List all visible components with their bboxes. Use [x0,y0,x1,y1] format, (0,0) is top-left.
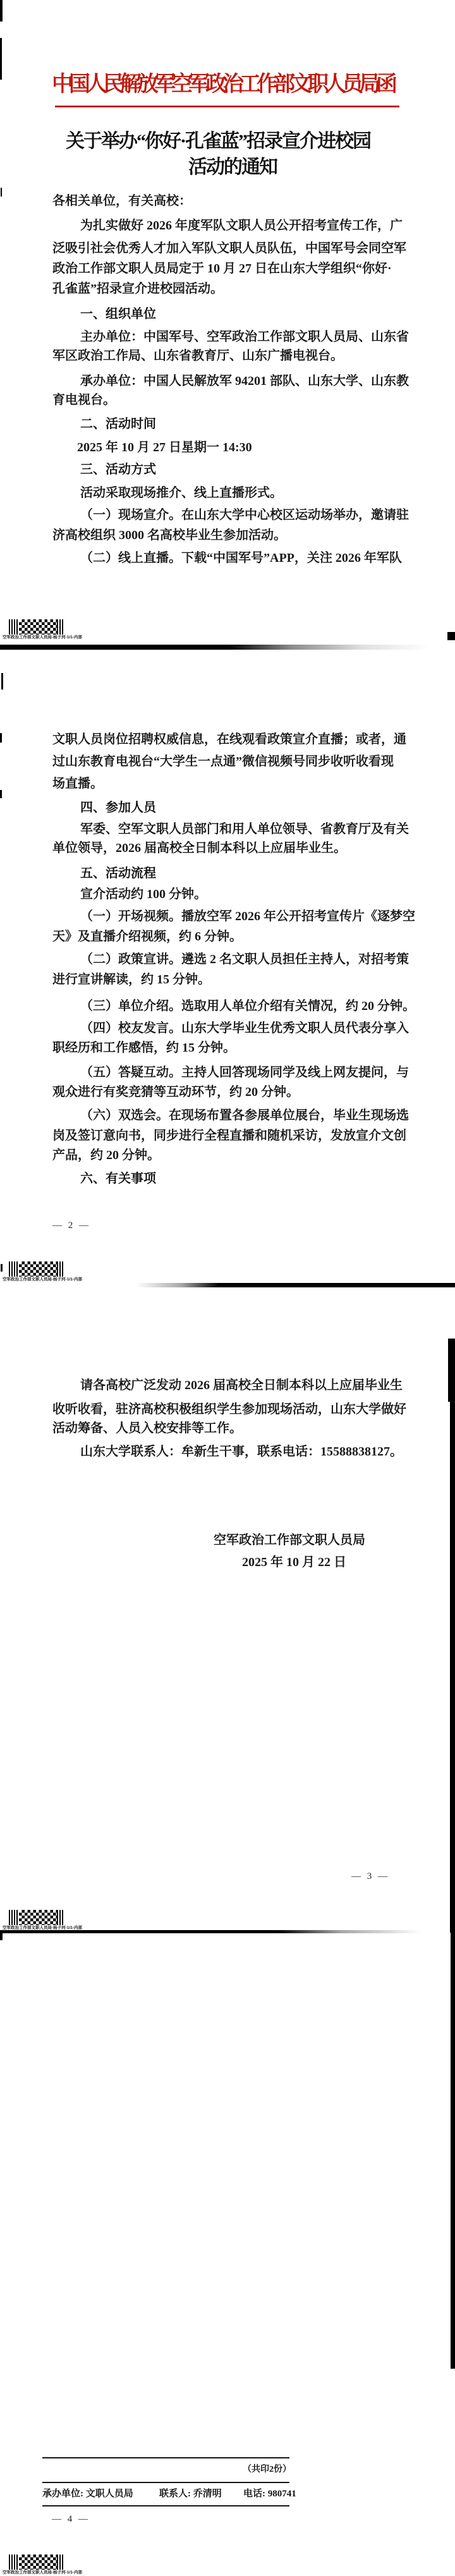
scan-artifact [1,1264,3,1272]
body-line: 观众进行有奖竞猜等互动环节，约 20 分钟。 [52,1086,299,1098]
body-line: （二）线上直播。下载“中国军号”APP，关注 2026 年军队 [80,552,402,564]
body-line: 承办单位：中国人民解放军 94201 部队、山东大学、山东教 [80,375,409,387]
body-line: 活动筹备、人员入校安排等工作。 [52,1422,242,1435]
body-line: （六）双选会。在现场布置各参展单位展台，毕业生现场选 [80,1109,409,1122]
barcode-bars-icon [57,2555,64,2570]
body-line: 过山东教育电视台“大学生一点通”微信视频号同步收听收看现 [52,755,394,768]
barcode-matrix-icon [19,1261,57,1277]
heading-schedule: 五、活动流程 [80,867,156,880]
heading-participants: 四、参加人员 [80,801,156,814]
body-line: （五）答疑互动。主持人回答现场同学及线上网友提问，与 [80,1066,409,1079]
body-line: （三）单位介绍。选取用人单位介绍有关情况，约 20 分钟。 [80,1000,415,1012]
body-line: 活动采取现场推介、线上直播形式。 [80,487,282,499]
footer-rule [42,2457,289,2458]
page-number-2: — 2 — [52,1221,90,1230]
page-separator [0,645,442,650]
scan-artifact [450,1397,455,1933]
page-separator [0,1930,449,1933]
scan-artifact [0,1933,3,1940]
barcode-caption: 空军政治工作部文职人员局-杨子河-1/1-内部 [3,1278,82,1282]
body-line: 泛吸引社会优秀人才加入军队文职人员队伍，中国军号会同空军 [52,242,406,255]
body-line: 请各高校广泛发动 2026 届高校全日制本科以上应届毕业生 [80,1379,403,1392]
footer-rule [42,2505,289,2506]
body-line: （一）现场宣介。在山东大学中心校区运动场举办，邀请驻 [80,509,409,521]
heading-time: 二、活动时间 [80,418,156,430]
page-number-4: — 4 — [52,2515,90,2524]
scan-artifact [0,0,3,21]
scan-artifact [0,733,2,743]
body-line: 为扎实做好 2026 年度军队文职人员公开招考宣传工作，广 [80,219,403,232]
barcode-bars-icon [9,2555,19,2570]
body-line: 主办单位：中国军号、空军政治工作部文职人员局、山东省 [80,331,409,343]
issuer-signature: 空军政治工作部文职人员局 [214,1534,365,1546]
body-line: 进行宣讲解读，约 15 分钟。 [52,973,210,986]
barcode-bars-icon [57,1261,64,1277]
page-separator [0,1283,455,1287]
tracking-barcode [9,619,64,635]
tracking-barcode [9,1261,64,1277]
heading-organizing-units: 一、组织单位 [80,308,156,320]
heading-format: 三、活动方式 [80,463,156,476]
scan-artifact [448,1339,455,1402]
barcode-bars-icon [57,1910,64,1925]
body-line: （二）政策宣讲。遴选 2 名文职人员担任主持人，对招考策 [80,953,409,966]
body-line: （一）开场视频。播放空军 2026 年公开招考宣传片《逐梦空 [80,910,415,923]
document-title-line1: 关于举办“你好·孔雀蓝”招录宣介进校园 [66,132,370,151]
barcode-matrix-icon [19,619,57,635]
body-line: 政治工作部文职人员局定于 10 月 27 日在山东大学组织“你好· [52,262,392,275]
footer-organizer: 承办单位: 文职人员局 [42,2489,133,2499]
body-line: 军区政治工作局、山东省教育厅、山东广播电视台。 [52,349,343,362]
body-line: 育电视台。 [52,394,116,406]
scan-artifact [0,790,2,798]
footer-rule [42,2482,289,2483]
document-scan: 中国人民解放军空军政治工作部文职人员局函 关于举办“你好·孔雀蓝”招录宣介进校园… [0,0,455,2576]
scan-artifact [1,673,3,690]
body-line: 天》及直播介绍视频，约 6 分钟。 [52,930,242,943]
scan-artifact [1,188,2,197]
barcode-caption: 空军政治工作部文职人员局-杨子河-1/1-内部 [3,2571,82,2575]
barcode-bars-icon [9,1910,19,1925]
body-line: 孔雀蓝”招录宣介进校园活动。 [52,283,223,295]
body-line: 宣介活动约 100 分钟。 [80,888,207,901]
body-line: 单位领导，2026 届高校全日制本科以上应届毕业生。 [52,842,346,854]
contact-line: 山东大学联系人：牟新生干事，联系电话：15588838127。 [80,1445,403,1458]
print-copies-note: （共印2份） [243,2465,291,2474]
barcode-bars-icon [9,1261,19,1277]
footer-phone: 电话: 980741 [243,2489,296,2499]
body-line: 收听收看，驻济高校积极组织学生参加现场活动，山东大学做好 [52,1403,406,1416]
body-line: 岗及签订意向书，同步进行全程直播和随机采访，发放宣介文创 [52,1129,406,1142]
body-line: 文职人员岗位招聘权威信息，在线观看政策宣介直播；或者，通 [52,733,406,746]
scan-artifact [451,1933,455,2369]
barcode-caption: 空军政治工作部文职人员局-杨子河-1/1-内部 [3,636,82,640]
body-line: （四）校友发言。山东大学毕业生优秀文职人员代表分享入 [80,1022,409,1035]
scan-artifact [0,38,2,80]
salutation: 各相关单位，有关高校： [52,195,191,207]
tracking-barcode [9,1910,64,1925]
footer-contact: 联系人: 乔清明 [159,2489,222,2499]
issue-date: 2025 年 10 月 22 日 [242,1556,346,1569]
body-line: 军委、空军文职人员部门和用人单位领导、省教育厅及有关 [80,823,409,835]
barcode-matrix-icon [19,1910,57,1925]
body-line: 职经历和工作感悟，约 15 分钟。 [52,1042,236,1054]
barcode-matrix-icon [19,2555,57,2570]
body-line: 济高校组织 3000 名高校毕业生参加活动。 [52,529,286,542]
heading-related-matters: 六、有关事项 [80,1172,156,1185]
barcode-bars-icon [57,619,64,635]
scan-artifact [447,632,455,640]
letterhead-rule [55,106,399,107]
event-time: 2025 年 10 月 27 日星期一 14:30 [77,441,252,454]
letterhead-title: 中国人民解放军空军政治工作部文职人员局函 [52,74,393,95]
body-line: 产品，约 20 分钟。 [52,1149,160,1162]
body-line: 场直播。 [52,777,103,790]
page-number-3: — 3 — [351,1872,389,1881]
document-title-line2: 活动的通知 [188,158,277,177]
tracking-barcode [9,2555,64,2570]
barcode-bars-icon [9,619,19,635]
